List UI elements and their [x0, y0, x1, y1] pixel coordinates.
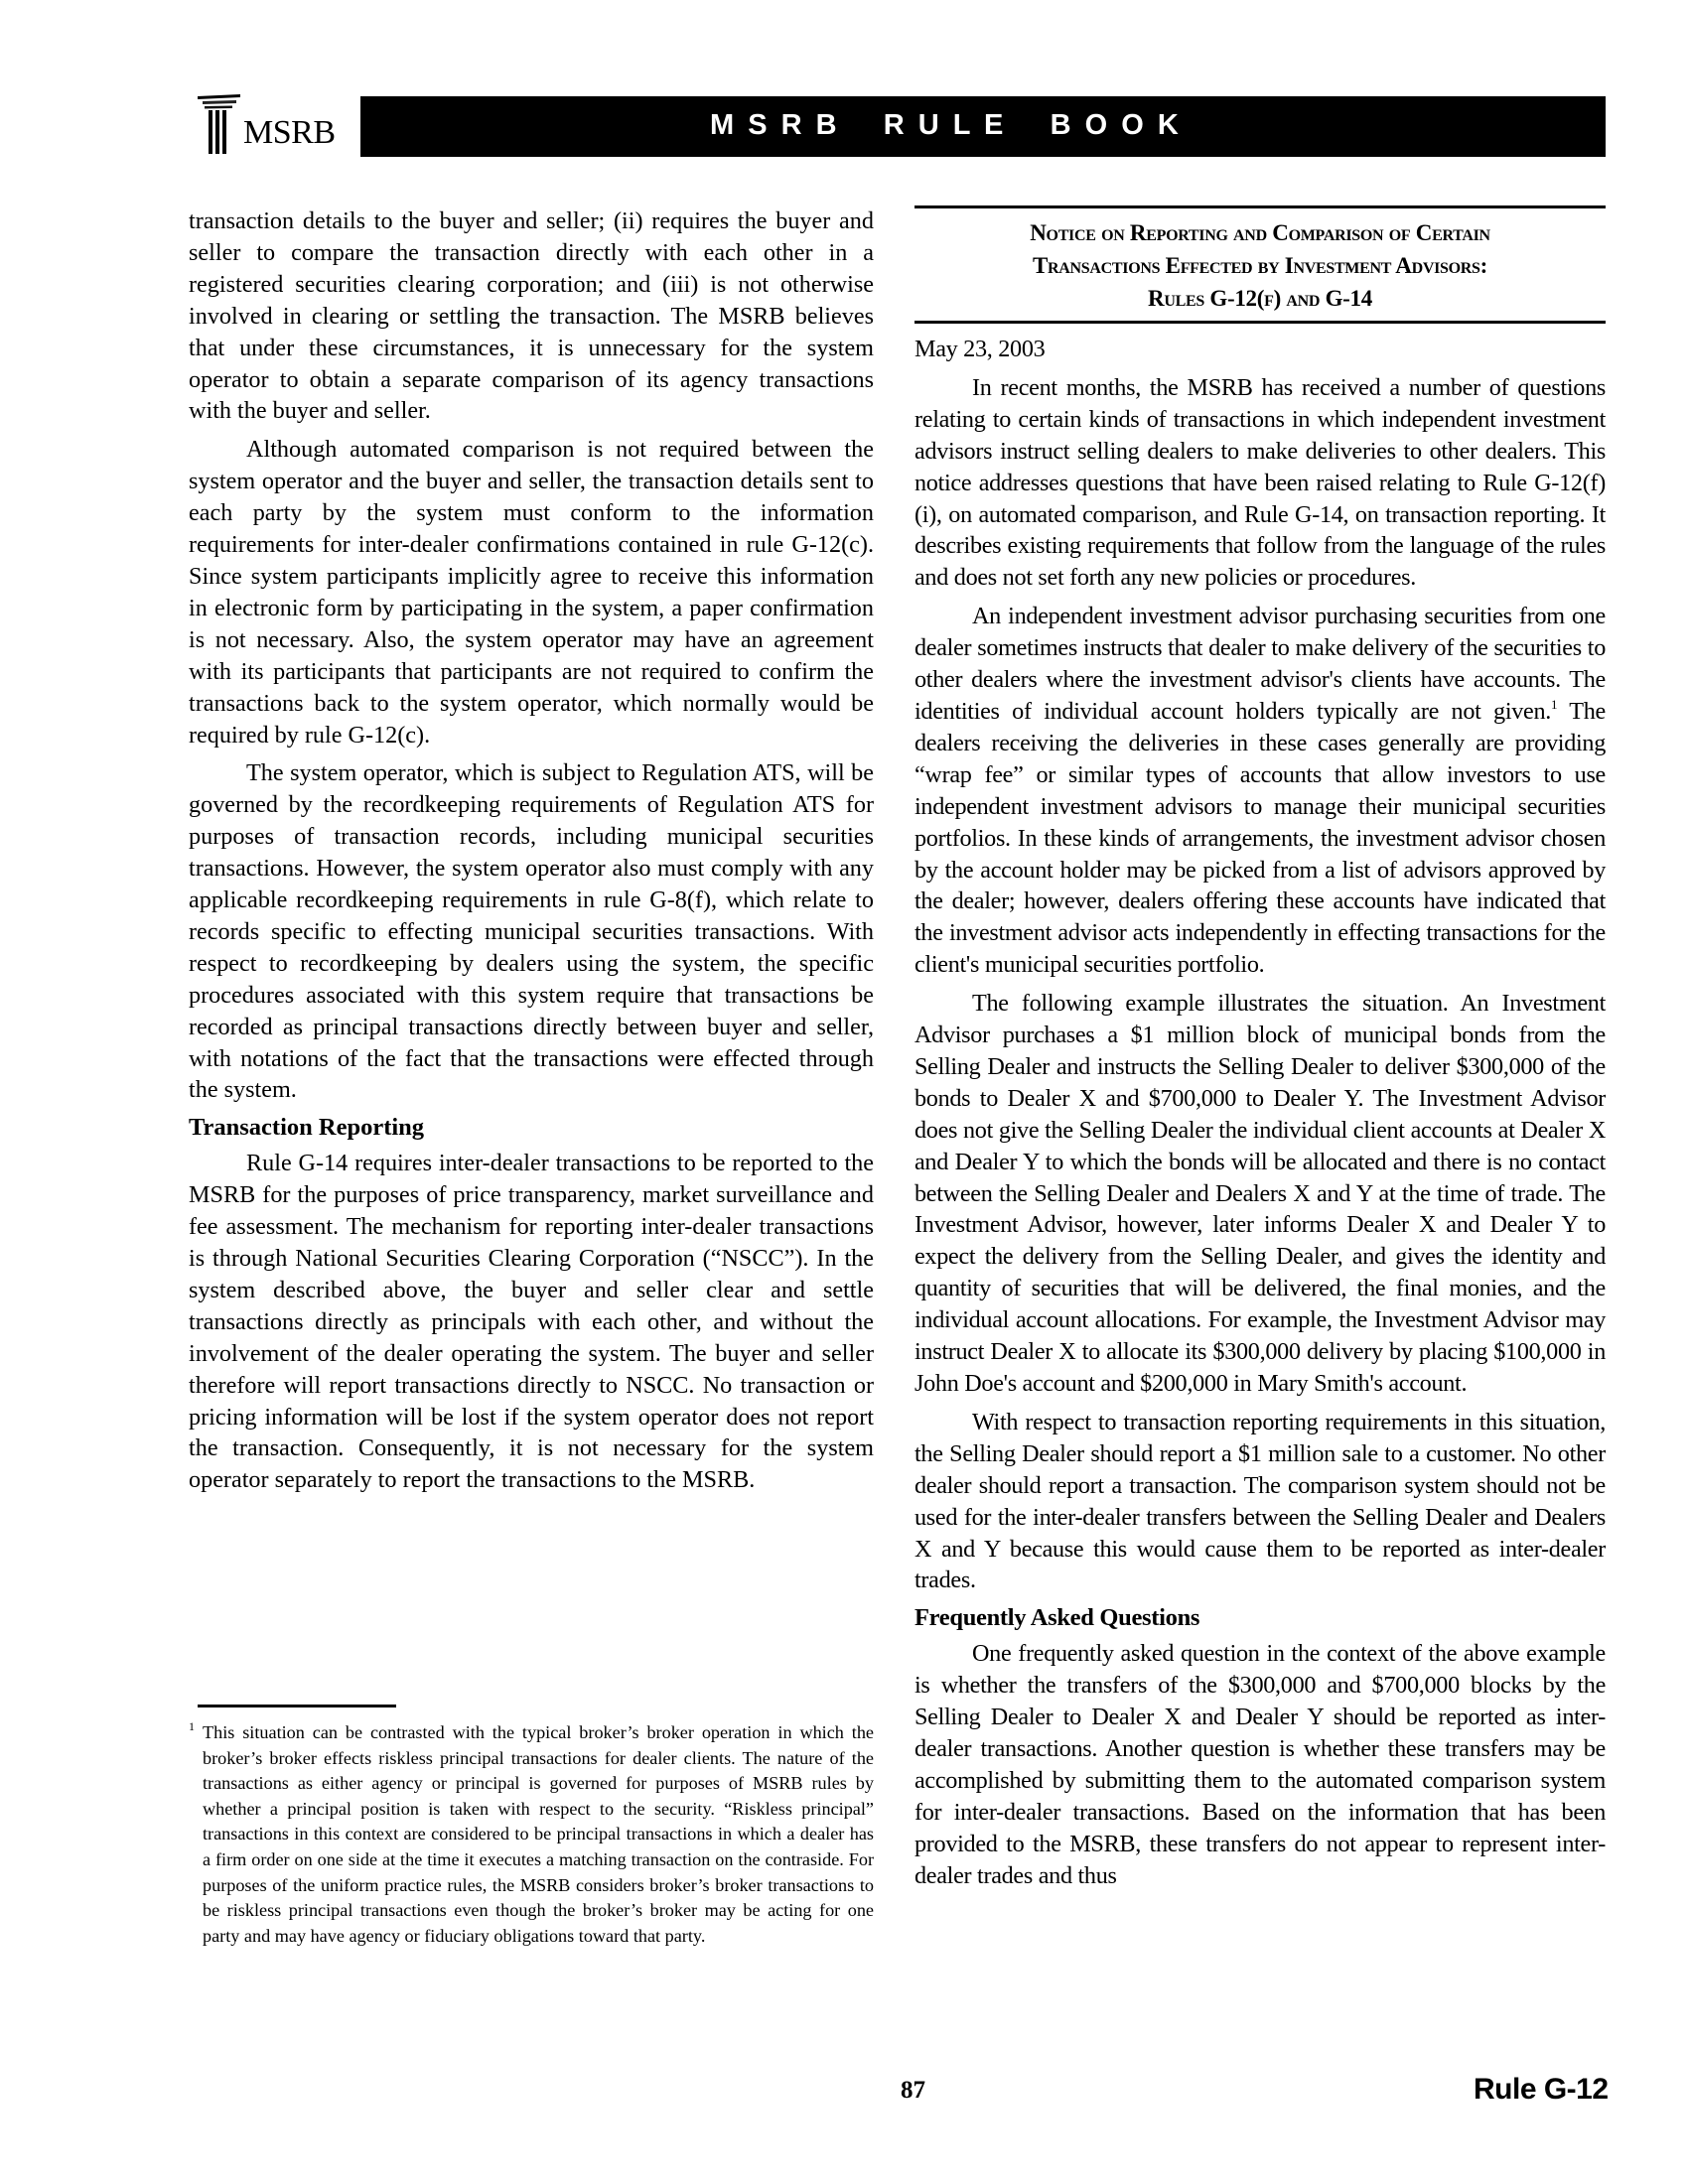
header-bar: M S R B R U L E B O O K	[360, 96, 1606, 157]
rule-book-title: M S R B R U L E B O O K	[710, 109, 1182, 142]
notice-date: May 23, 2003	[914, 334, 1606, 365]
paragraph: An independent investment advisor purcha…	[914, 601, 1606, 981]
paragraph-text: The dealers receiving the deliveries in …	[914, 698, 1606, 978]
notice-title-line: Transactions Effected by Investment Advi…	[914, 249, 1606, 282]
notice-title: Notice on Reporting and Comparison of Ce…	[914, 205, 1606, 324]
paragraph: transaction details to the buyer and sel…	[189, 205, 874, 427]
notice-title-line: Notice on Reporting and Comparison of Ce…	[914, 216, 1606, 249]
footnote-text: This situation can be contrasted with th…	[203, 1720, 874, 1949]
footnote: 1 This situation can be contrasted with …	[189, 1720, 874, 1949]
logo-text: MSRB	[243, 114, 336, 152]
paragraph: Rule G-14 requires inter-dealer transact…	[189, 1148, 874, 1496]
footnote-number: 1	[189, 1714, 195, 1740]
paragraph: One frequently asked question in the con…	[914, 1638, 1606, 1891]
section-heading-faq: Frequently Asked Questions	[914, 1602, 1606, 1634]
footnote-separator	[198, 1705, 396, 1707]
right-column: Notice on Reporting and Comparison of Ce…	[914, 205, 1606, 1892]
section-heading-transaction-reporting: Transaction Reporting	[189, 1112, 874, 1144]
paragraph-text: An independent investment advisor purcha…	[914, 603, 1606, 725]
paragraph: With respect to transaction reporting re…	[914, 1407, 1606, 1596]
msrb-logo: MSRB	[197, 92, 336, 156]
page-number: 87	[901, 2077, 925, 2105]
notice-title-line: Rules G-12(f) and G-14	[914, 282, 1606, 315]
paragraph: In recent months, the MSRB has received …	[914, 372, 1606, 594]
rule-label: Rule G-12	[1474, 2073, 1609, 2107]
paragraph: Although automated comparison is not req…	[189, 434, 874, 751]
column-pillar-icon	[197, 92, 242, 156]
left-column: transaction details to the buyer and sel…	[189, 205, 874, 1496]
paragraph: The system operator, which is subject to…	[189, 757, 874, 1106]
paragraph: The following example illustrates the si…	[914, 988, 1606, 1400]
